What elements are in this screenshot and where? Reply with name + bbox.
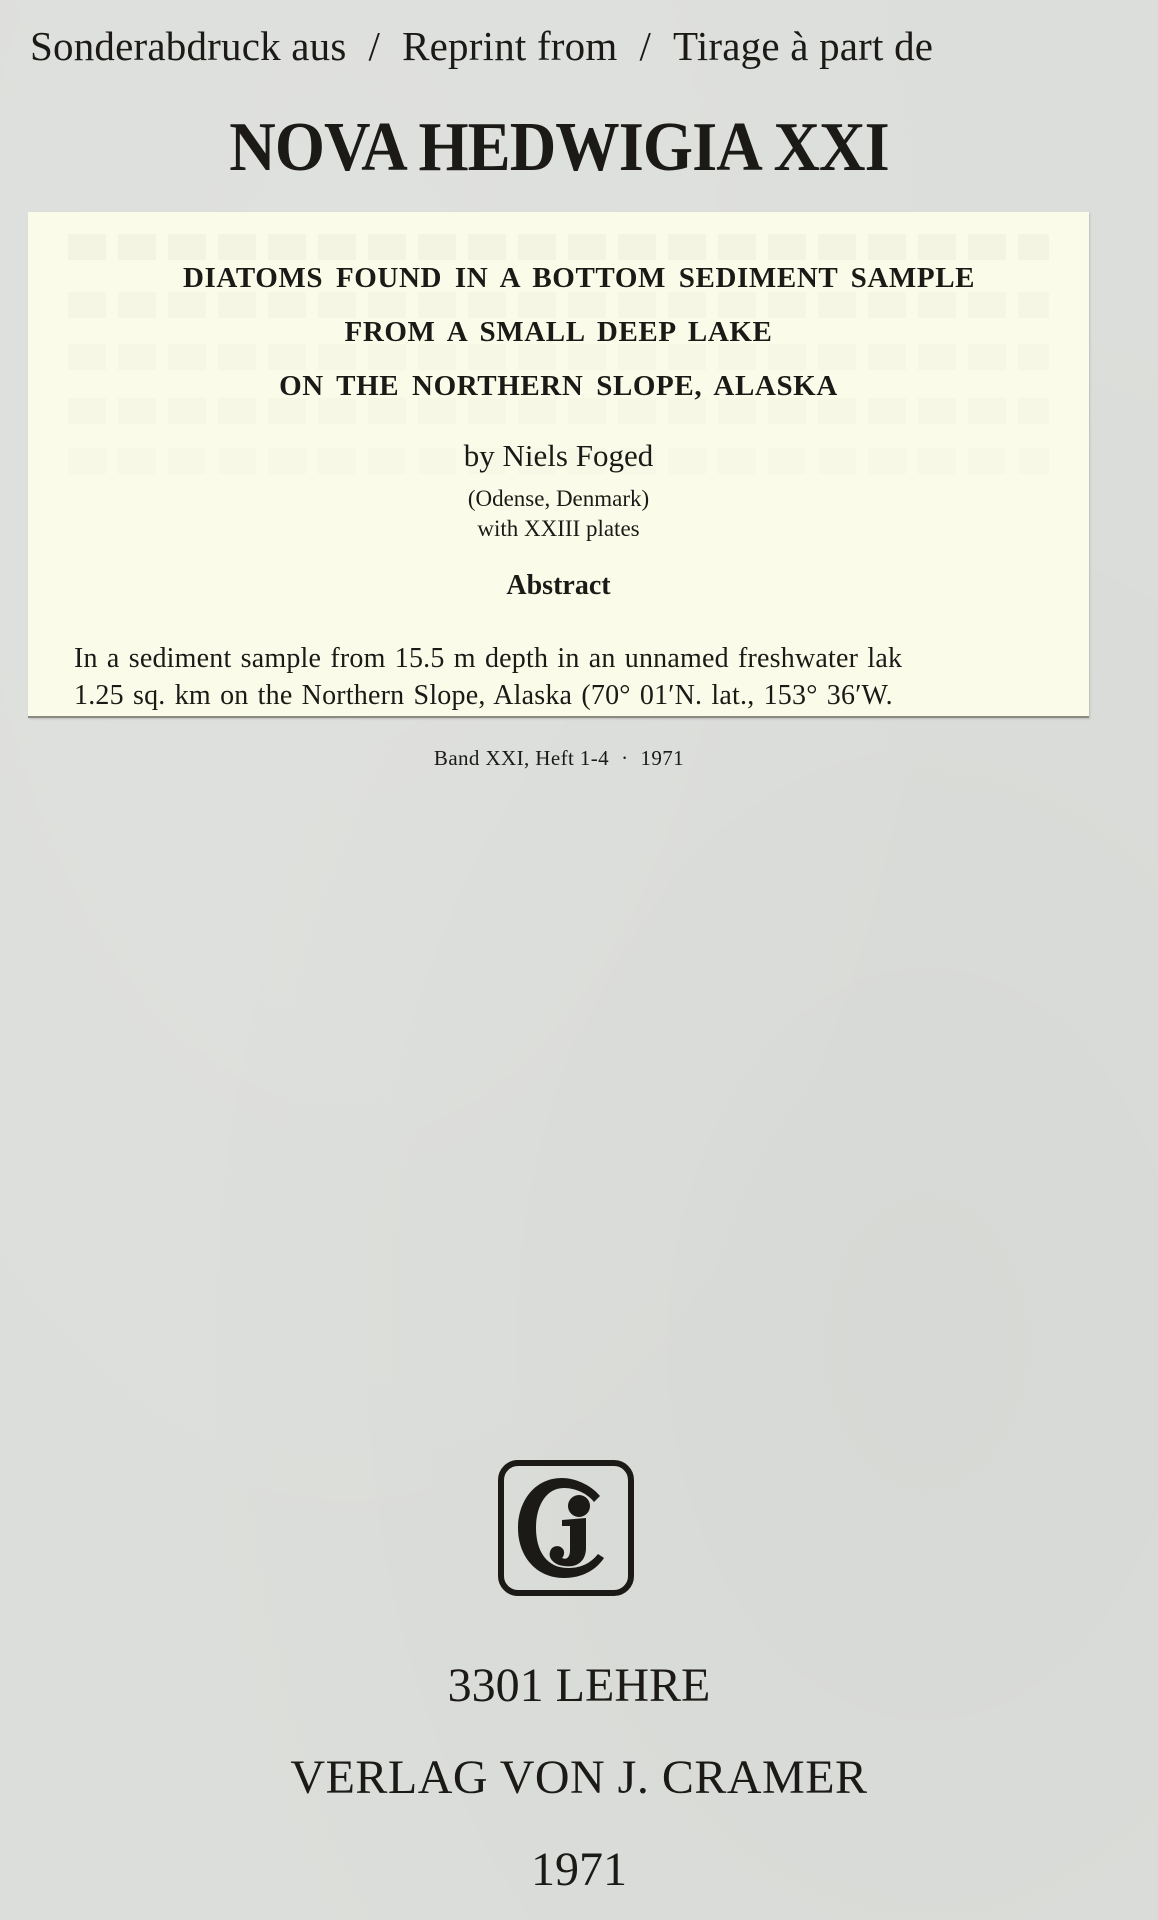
- paper-title-line-1: DIATOMS FOUND IN A BOTTOM SEDIMENT SAMPL…: [28, 262, 1089, 295]
- abstract-line-2: 1.25 sq. km on the Northern Slope, Alask…: [74, 677, 1089, 714]
- cramer-cj-monogram-icon: [498, 1460, 634, 1596]
- author-affiliation-block: (Odense, Denmark) with XXIII plates: [28, 484, 1089, 544]
- reprint-notice-english: Reprint from: [402, 23, 617, 69]
- publisher-city: 3301 LEHRE: [0, 1658, 1158, 1713]
- reprint-notice-german: Sonderabdruck aus: [30, 23, 347, 69]
- plates-note: with XXIII plates: [28, 514, 1089, 544]
- publisher-name: VERLAG VON J. CRAMER: [0, 1750, 1158, 1805]
- abstract-line-1: In a sediment sample from 15.5 m depth i…: [74, 640, 1089, 677]
- bleed-through-text: [68, 234, 1049, 260]
- volume-issue: Band XXI, Heft 1-4: [434, 746, 609, 770]
- bleed-through-text: [68, 292, 1049, 318]
- issue-year: 1971: [640, 746, 684, 770]
- separator-dot: ·: [621, 746, 628, 771]
- author-affiliation: (Odense, Denmark): [28, 484, 1089, 514]
- author-byline: by Niels Foged: [28, 438, 1089, 474]
- separator: /: [639, 22, 651, 70]
- cj-logo-graphic: [504, 1466, 628, 1590]
- title-slip: DIATOMS FOUND IN A BOTTOM SEDIMENT SAMPL…: [28, 212, 1089, 718]
- issue-info: Band XXI, Heft 1-4·1971: [0, 746, 1118, 771]
- reprint-notice-french: Tirage à part de: [673, 23, 933, 69]
- separator: /: [369, 22, 381, 70]
- paper-title-line-3: ON THE NORTHERN SLOPE, ALASKA: [28, 370, 1089, 403]
- journal-title: NOVA HEDWIGIA XXI: [45, 108, 1074, 188]
- paper-title-line-2: FROM A SMALL DEEP LAKE: [28, 316, 1089, 349]
- publication-year: 1971: [0, 1842, 1158, 1897]
- reprint-notice: Sonderabdruck aus/Reprint from/Tirage à …: [30, 22, 1130, 70]
- abstract-heading: Abstract: [28, 570, 1089, 602]
- abstract-text: In a sediment sample from 15.5 m depth i…: [74, 640, 1089, 714]
